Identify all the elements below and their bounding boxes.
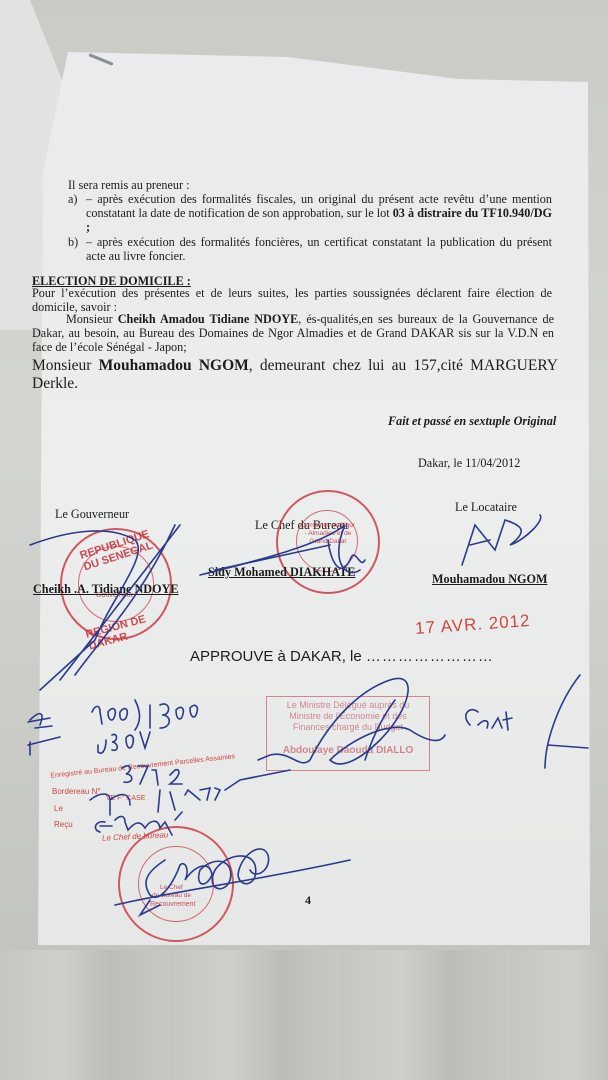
governor-title: Le Gouverneur (55, 507, 129, 521)
case-label: VE F° CASE (106, 792, 145, 806)
ministry-stamp: Le Ministre Délégué auprès du Ministre d… (266, 696, 430, 771)
bordereau-label: Bordereau N° (52, 785, 101, 799)
item-a-marker: a) (68, 192, 77, 206)
fait-passe: Fait et passé en sextuple Original (388, 414, 556, 428)
item-a-text: – après exécution des formalités fiscale… (86, 192, 552, 234)
le-label: Le (54, 802, 63, 816)
tenant-name: Mouhamadou NGOM (432, 572, 547, 586)
recu-label: Reçu (54, 818, 73, 832)
page-number: 4 (305, 893, 311, 907)
party1-domicile: Monsieur Cheikh Amadou Tidiane NDOYE, és… (32, 312, 554, 354)
item-b-marker: b) (68, 235, 78, 249)
section-intro: Pour l’exécution des présentes et de leu… (32, 286, 552, 314)
item-b-text: – après exécution des formalités foncièr… (86, 235, 552, 263)
governor-name: Cheikh .A. Tidiane NDOYE (33, 582, 179, 596)
place-date: Dakar, le 11/04/2012 (418, 456, 520, 470)
approval-line: APPROUVE à DAKAR, le …………………… (190, 648, 494, 666)
intro-text: Il sera remis au preneur : (68, 178, 189, 192)
tax-office-stamp: Le Chef du Bureau de Recouvrement (118, 826, 234, 942)
chief-name: Sidy Mohamed DIAKHATE (208, 565, 355, 579)
tenant-title: Le Locataire (455, 500, 517, 514)
party2-domicile: Monsieur Mouhamadou NGOM, demeurant chez… (32, 357, 558, 393)
background-surface (0, 950, 608, 1080)
